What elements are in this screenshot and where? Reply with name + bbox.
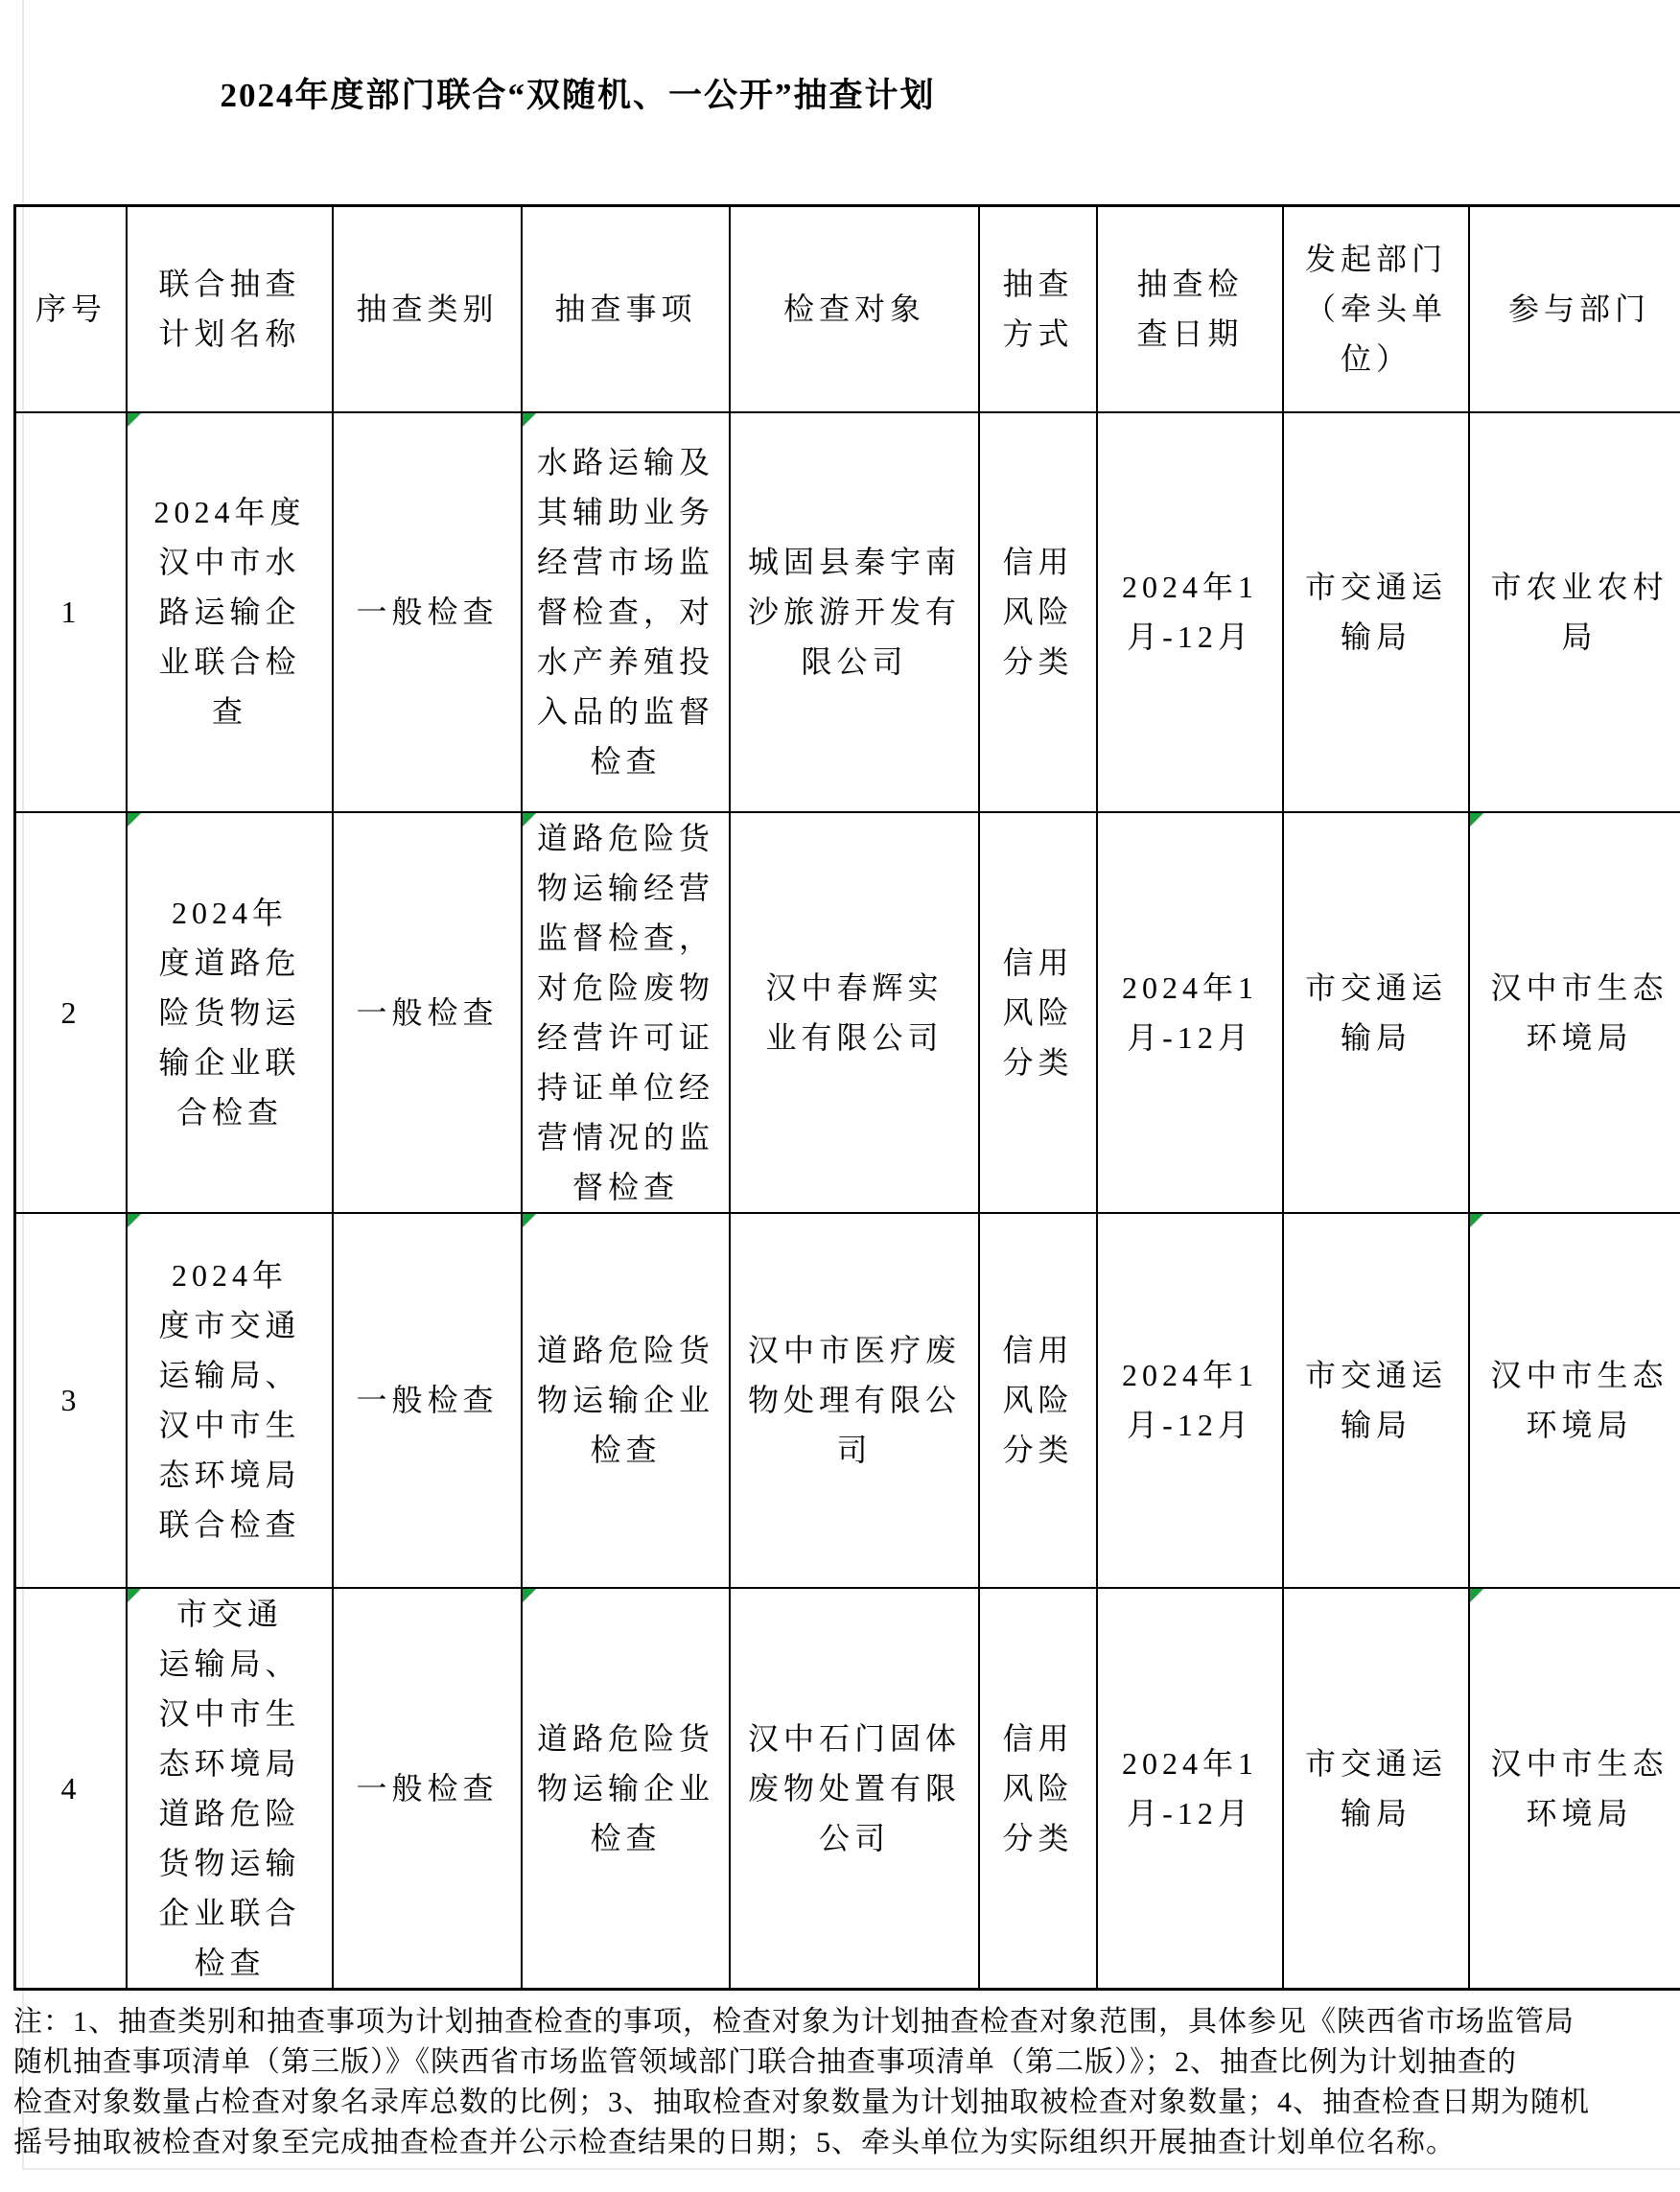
cell-plan-name: 2024年 度市交通 运输局、 汉中市生 态环境局 联合检查: [127, 1213, 333, 1588]
header-method: 抽查 方式: [979, 206, 1097, 412]
cell-matters: 道路危险货 物运输经营 监督检查， 对危险废物 经营许可证 持证单位经 营情况的…: [522, 812, 730, 1213]
header-target: 检查对象: [730, 206, 979, 412]
cell-method: 信用 风险 分类: [979, 412, 1097, 812]
cell-matters: 道路危险货 物运输企业 检查: [522, 1588, 730, 1990]
cell-participants: 市农业农村 局: [1469, 412, 1680, 812]
cell-category: 一般检查: [333, 1588, 522, 1990]
cell-date: 2024年1 月-12月: [1097, 1213, 1283, 1588]
cell-initiator: 市交通运 输局: [1283, 1588, 1469, 1990]
cell-plan-name-text: 2024年 度道路危 险货物运 输企业联 合检查: [158, 896, 300, 1130]
cell-matters: 道路危险货 物运输企业 检查: [522, 1213, 730, 1588]
anomaly-indicator-icon: [1470, 1589, 1483, 1602]
cell-method: 信用 风险 分类: [979, 1588, 1097, 1990]
cell-participants-text: 汉中市生态 环境局: [1490, 970, 1668, 1055]
anomaly-indicator-icon: [1470, 813, 1483, 827]
anomaly-indicator-icon: [128, 813, 141, 827]
anomaly-indicator-icon: [523, 1214, 536, 1227]
cell-date: 2024年1 月-12月: [1097, 412, 1283, 812]
anomaly-indicator-icon: [523, 413, 536, 427]
cell-method: 信用 风险 分类: [979, 1213, 1097, 1588]
cell-category: 一般检查: [333, 1213, 522, 1588]
table-row: 1 2024年度 汉中市水 路运输企 业联合检 查 一般检查 水路运输及 其辅助…: [15, 412, 1680, 812]
cell-target: 汉中春辉实 业有限公司: [730, 812, 979, 1213]
cell-participants-text: 汉中市生态 环境局: [1490, 1358, 1668, 1442]
cell-participants: 汉中市生态 环境局: [1469, 1213, 1680, 1588]
cell-date: 2024年1 月-12月: [1097, 812, 1283, 1213]
cell-target: 汉中市医疗废 物处理有限公 司: [730, 1213, 979, 1588]
cell-plan-name: 2024年 度道路危 险货物运 输企业联 合检查: [127, 812, 333, 1213]
page-edge-line-bottom: [22, 2168, 1680, 2170]
cell-participants-text: 汉中市生态 环境局: [1490, 1746, 1668, 1831]
sheet-page: 2024年度部门联合“双随机、一公开”抽查计划 序号 联合抽查 计划名称 抽查类…: [0, 0, 1680, 2192]
cell-method: 信用 风险 分类: [979, 812, 1097, 1213]
cell-matters-text: 道路危险货 物运输企业 检查: [537, 1721, 714, 1855]
cell-matters-text: 水路运输及 其辅助业务 经营市场监 督检查，对 水产养殖投 入品的监督 检查: [537, 445, 714, 779]
cell-seq: 1: [15, 412, 128, 812]
header-initiator: 发起部门 （牵头单 位）: [1283, 206, 1469, 412]
cell-initiator: 市交通运 输局: [1283, 812, 1469, 1213]
header-date: 抽查检 查日期: [1097, 206, 1283, 412]
header-plan-name: 联合抽查 计划名称: [127, 206, 333, 412]
header-matters: 抽查事项: [522, 206, 730, 412]
cell-initiator: 市交通运 输局: [1283, 412, 1469, 812]
cell-target: 汉中石门固体 废物处置有限 公司: [730, 1588, 979, 1990]
anomaly-indicator-icon: [523, 813, 536, 827]
header-participants: 参与部门: [1469, 206, 1680, 412]
cell-target: 城固县秦宇南 沙旅游开发有 限公司: [730, 412, 979, 812]
cell-seq: 4: [15, 1588, 128, 1990]
anomaly-indicator-icon: [523, 1589, 536, 1602]
cell-matters-text: 道路危险货 物运输经营 监督检查， 对危险废物 经营许可证 持证单位经 营情况的…: [537, 821, 714, 1204]
cell-participants: 汉中市生态 环境局: [1469, 812, 1680, 1213]
cell-seq: 3: [15, 1213, 128, 1588]
cell-category: 一般检查: [333, 812, 522, 1213]
cell-seq: 2: [15, 812, 128, 1213]
anomaly-indicator-icon: [128, 413, 141, 427]
cell-date: 2024年1 月-12月: [1097, 1588, 1283, 1990]
header-category: 抽查类别: [333, 206, 522, 412]
inspection-plan-table: 序号 联合抽查 计划名称 抽查类别 抽查事项 检查对象 抽查 方式 抽查检 查日…: [13, 204, 1680, 1991]
cell-category: 一般检查: [333, 412, 522, 812]
anomaly-indicator-icon: [128, 1589, 141, 1602]
table-row: 4 市交通 运输局、 汉中市生 态环境局 道路危险 货物运输 企业联合 检查 一…: [15, 1588, 1680, 1990]
anomaly-indicator-icon: [128, 1214, 141, 1227]
page-title: 2024年度部门联合“双随机、一公开”抽查计划: [0, 69, 1155, 117]
anomaly-indicator-icon: [1470, 1214, 1483, 1227]
cell-matters-text: 道路危险货 物运输企业 检查: [537, 1333, 714, 1467]
cell-initiator: 市交通运 输局: [1283, 1213, 1469, 1588]
footnote: 注：1、抽查类别和抽查事项为计划抽查检查的事项，检查对象为计划抽查检查对象范围，…: [13, 2002, 1668, 2163]
cell-plan-name-text: 2024年 度市交通 运输局、 汉中市生 态环境局 联合检查: [158, 1258, 300, 1542]
table-row: 3 2024年 度市交通 运输局、 汉中市生 态环境局 联合检查 一般检查 道路…: [15, 1213, 1680, 1588]
cell-plan-name-text: 市交通 运输局、 汉中市生 态环境局 道路危险 货物运输 企业联合 检查: [158, 1597, 300, 1980]
cell-plan-name-text: 2024年度 汉中市水 路运输企 业联合检 查: [153, 495, 305, 729]
cell-matters: 水路运输及 其辅助业务 经营市场监 督检查，对 水产养殖投 入品的监督 检查: [522, 412, 730, 812]
cell-plan-name: 市交通 运输局、 汉中市生 态环境局 道路危险 货物运输 企业联合 检查: [127, 1588, 333, 1990]
table-header-row: 序号 联合抽查 计划名称 抽查类别 抽查事项 检查对象 抽查 方式 抽查检 查日…: [15, 206, 1680, 412]
table-row: 2 2024年 度道路危 险货物运 输企业联 合检查 一般检查 道路危险货 物运…: [15, 812, 1680, 1213]
cell-participants: 汉中市生态 环境局: [1469, 1588, 1680, 1990]
header-seq: 序号: [15, 206, 128, 412]
cell-plan-name: 2024年度 汉中市水 路运输企 业联合检 查: [127, 412, 333, 812]
